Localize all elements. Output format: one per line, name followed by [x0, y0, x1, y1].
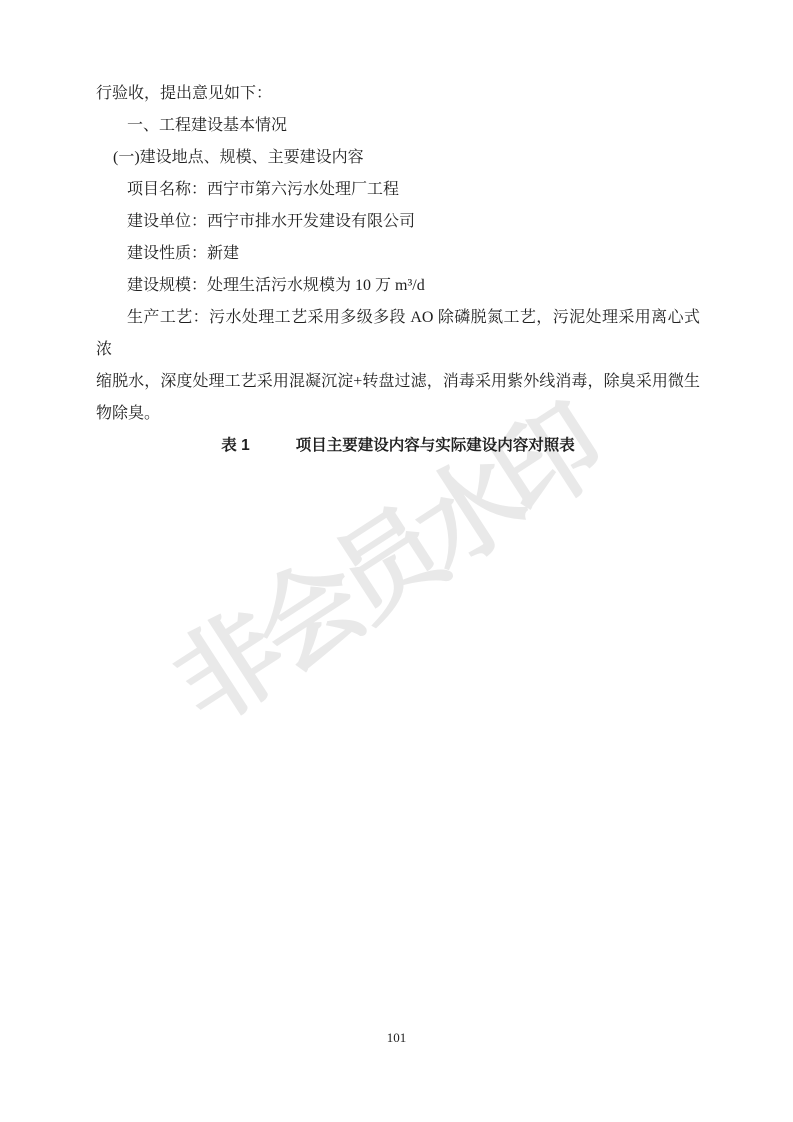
section-heading: 一、工程建设基本情况: [96, 110, 700, 142]
field-construction-nature-label: 建设性质：: [127, 245, 207, 262]
page-number: 101: [0, 1030, 793, 1046]
field-construction-nature-value: 新建: [207, 245, 239, 262]
field-construction-nature: 建设性质：新建: [96, 238, 700, 270]
process-paragraph-line-3: 物除臭。: [96, 398, 700, 430]
subsection-heading: (一)建设地点、规模、主要建设内容: [96, 142, 700, 174]
field-construction-unit: 建设单位：西宁市排水开发建设有限公司: [96, 206, 700, 238]
field-construction-unit-value: 西宁市排水开发建设有限公司: [207, 213, 415, 230]
intro-line: 行验收，提出意见如下：: [96, 78, 700, 110]
field-construction-unit-label: 建设单位：: [127, 213, 207, 230]
field-construction-scale-label: 建设规模：: [127, 277, 207, 294]
field-project-name-value: 西宁市第六污水处理厂工程: [207, 181, 399, 198]
document-page: 非会员水印 行验收，提出意见如下： 一、工程建设基本情况 (一)建设地点、规模、…: [0, 0, 793, 1122]
field-construction-scale: 建设规模：处理生活污水规模为 10 万 m³/d: [96, 270, 700, 302]
document-content: 行验收，提出意见如下： 一、工程建设基本情况 (一)建设地点、规模、主要建设内容…: [96, 78, 700, 462]
table-caption: 表 1 项目主要建设内容与实际建设内容对照表: [96, 430, 700, 462]
field-project-name-label: 项目名称：: [127, 181, 207, 198]
field-project-name: 项目名称：西宁市第六污水处理厂工程: [96, 174, 700, 206]
table-caption-title: 项目主要建设内容与实际建设内容对照表: [296, 430, 575, 462]
process-paragraph-line-1: 生产工艺：污水处理工艺采用多级多段 AO 除磷脱氮工艺，污泥处理采用离心式浓: [96, 302, 700, 366]
field-construction-scale-value: 处理生活污水规模为 10 万 m³/d: [207, 277, 425, 294]
process-paragraph-line-2: 缩脱水，深度处理工艺采用混凝沉淀+转盘过滤，消毒采用紫外线消毒，除臭采用微生: [96, 366, 700, 398]
table-caption-label: 表 1: [221, 430, 249, 462]
